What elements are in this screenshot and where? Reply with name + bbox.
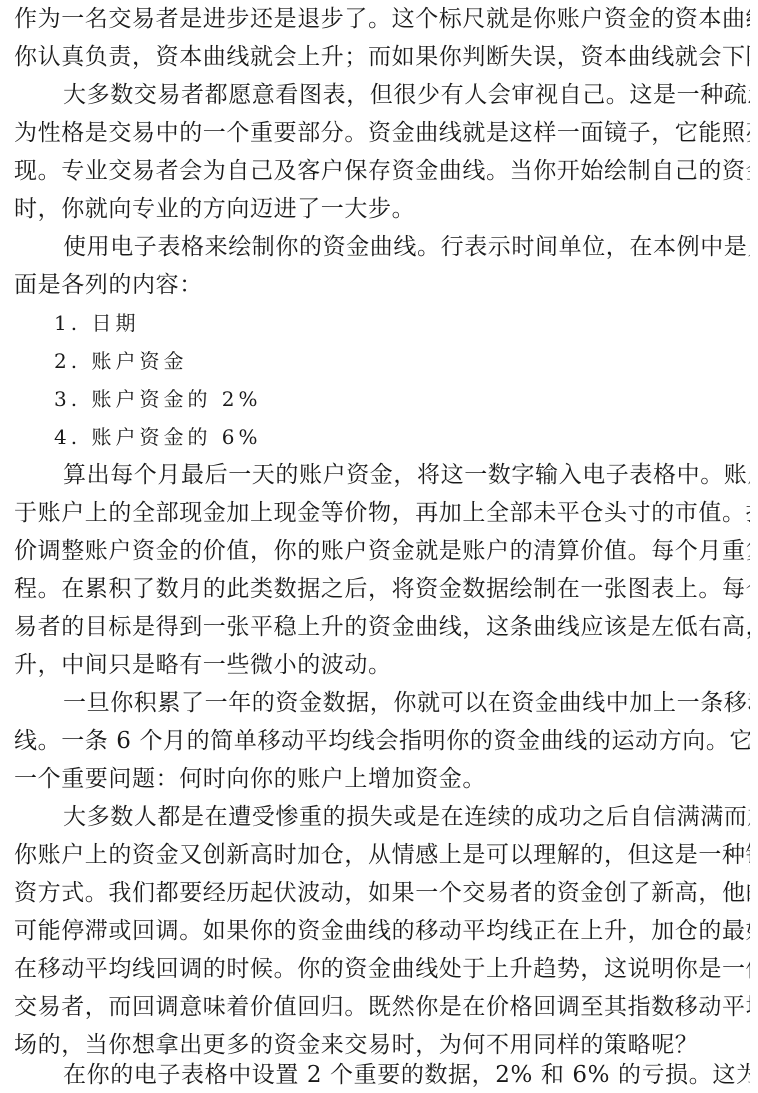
text-line: 一个重要问题：何时向你的账户上增加资金。 xyxy=(14,762,750,796)
text-line: 升，中间只是略有一些微小的波动。 xyxy=(14,648,750,682)
text-line: 时，你就向专业的方向迈进了一大步。 xyxy=(14,192,750,226)
text-line: 使用电子表格来绘制你的资金曲线。行表示时间单位，在本例中是月份。下 xyxy=(63,230,750,264)
text-line: 可能停滞或回调。如果你的资金曲线的移动平均线正在上升，加仓的最好时机是 xyxy=(14,914,750,948)
text-line: 作为一名交易者是进步还是退步了。这个标尺就是你账户资金的资本曲线。如果 xyxy=(14,2,750,36)
text-line: 在你的电子表格中设置 2 个重要的数据，2% 和 6% 的亏损。这为你本月的 xyxy=(63,1058,750,1092)
document-page: 作为一名交易者是进步还是退步了。这个标尺就是你账户资金的资本曲线。如果 你认真负… xyxy=(0,0,758,1093)
text-line: 你账户上的资金又创新高时加仓，从情感上是可以理解的，但这是一种错误的增 xyxy=(14,838,750,872)
list-item-6-percent: 4. 账户资金的 6% xyxy=(54,420,262,454)
list-item-account-equity: 2. 账户资金 xyxy=(54,344,187,378)
text-line: 价调整账户资金的价值，你的账户资金就是账户的清算价值。每个月重复这一过 xyxy=(14,534,750,568)
text-line: 在移动平均线回调的时候。你的资金曲线处于上升趋势，这说明你是一位出色的 xyxy=(14,952,750,986)
text-line: 资方式。我们都要经历起伏波动，如果一个交易者的资金创了新高，他的表现很 xyxy=(14,876,750,910)
text-line: 大多数交易者都愿意看图表，但很少有人会审视自己。这是一种疏忽，因 xyxy=(63,78,750,112)
list-item-date: 1. 日期 xyxy=(54,306,139,340)
text-line: 算出每个月最后一天的账户资金，将这一数字输入电子表格中。账户资金等 xyxy=(63,458,750,492)
text-line: 一旦你积累了一年的资金数据，你就可以在资金曲线中加上一条移动平均 xyxy=(63,686,750,720)
text-line: 程。在累积了数月的此类数据之后，将资金数据绘制在一张图表上。每个职业交 xyxy=(14,572,750,606)
text-line: 交易者，而回调意味着价值回归。既然你是在价格回调至其指数移动平均线处进 xyxy=(14,990,750,1024)
text-line: 线。一条 6 个月的简单移动平均线会指明你的资金曲线的运动方向。它还能回答 xyxy=(14,724,750,758)
text-line: 为性格是交易中的一个重要部分。资金曲线就是这样一面镜子，它能照亮你的表 xyxy=(14,116,750,150)
text-line: 于账户上的全部现金加上现金等价物，再加上全部未平仓头寸的市值。按照市场 xyxy=(14,496,750,530)
text-line: 场的，当你想拿出更多的资金来交易时，为何不用同样的策略呢？ xyxy=(14,1028,750,1062)
list-item-2-percent: 3. 账户资金的 2% xyxy=(54,382,262,416)
text-line: 易者的目标是得到一张平稳上升的资金曲线，这条曲线应该是左低右高，逐次上 xyxy=(14,610,750,644)
text-line: 面是各列的内容： xyxy=(14,268,750,302)
text-line: 你认真负责，资本曲线就会上升；而如果你判断失误，资本曲线就会下降。 xyxy=(14,40,750,74)
text-line: 现。专业交易者会为自己及客户保存资金曲线。当你开始绘制自己的资金曲线 xyxy=(14,154,750,188)
text-line: 大多数人都是在遭受惨重的损失或是在连续的成功之后自信满满而加仓。在 xyxy=(63,800,750,834)
